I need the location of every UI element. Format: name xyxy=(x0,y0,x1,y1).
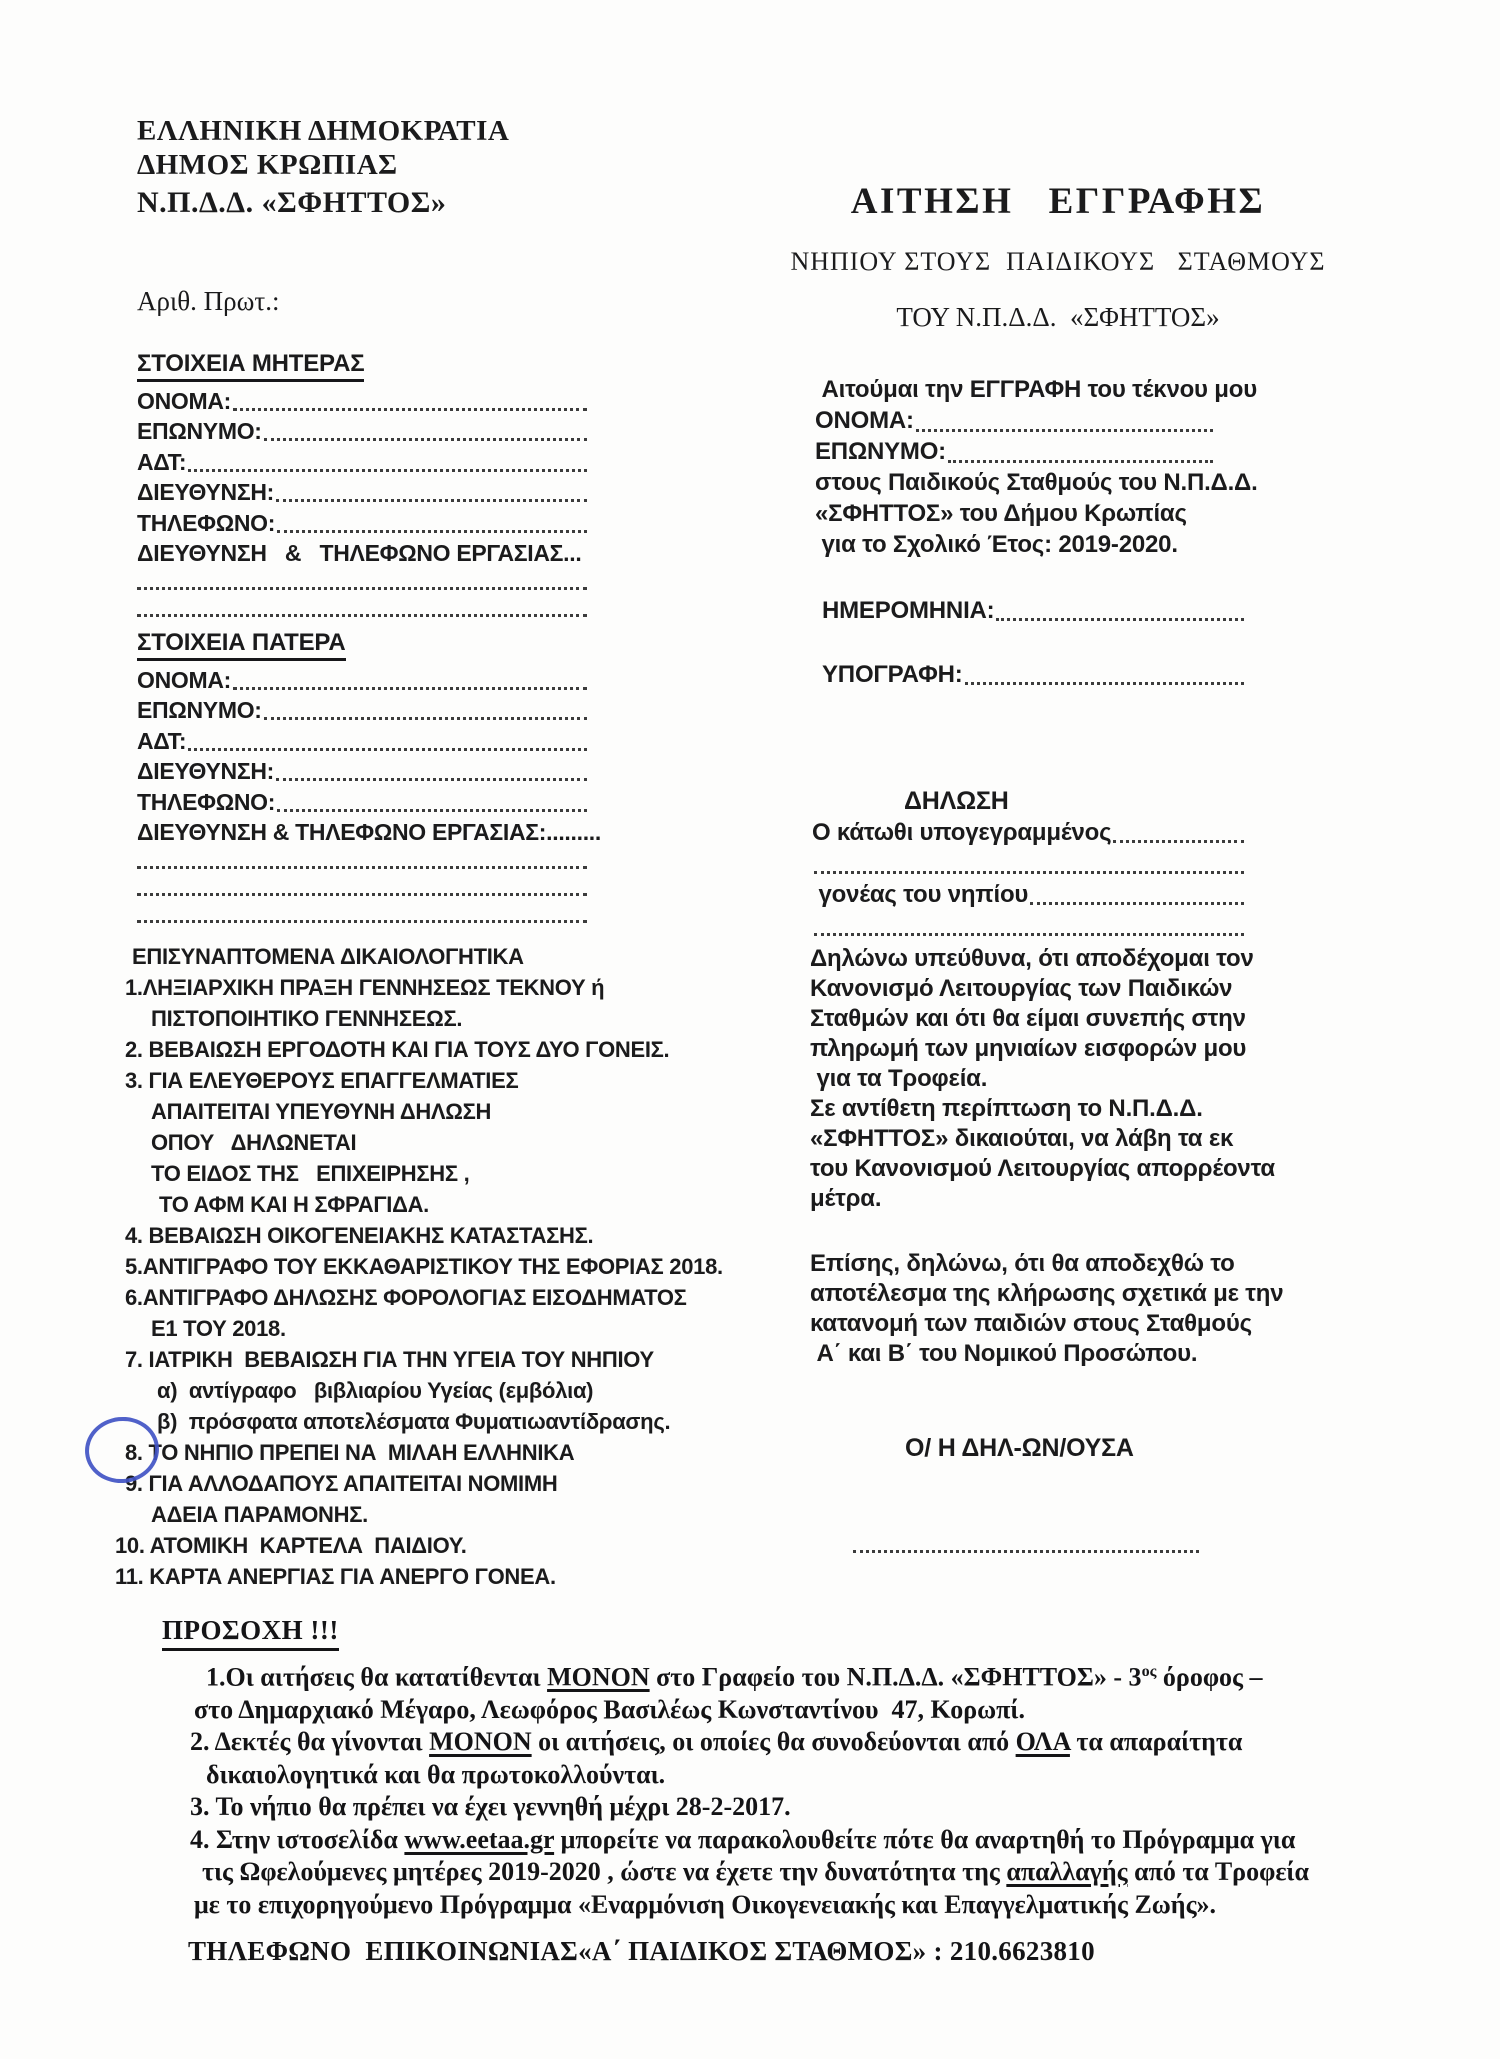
text-segment: στους Παιδικούς Σταθμούς του Ν.Π.Δ.Δ. xyxy=(815,469,1258,496)
text-line: ΑΠΑΙΤΕΙΤΑΙ ΥΠΕΥΘΥΝΗ ΔΗΛΩΣΗ xyxy=(112,1096,752,1127)
field-label: ΑΔΤ: xyxy=(137,449,186,476)
form-title: ΑΙΤΗΣΗ ΕΓΓΡΑΦΗΣ xyxy=(748,180,1368,223)
form-title-block: ΑΙΤΗΣΗ ΕΓΓΡΑΦΗΣ ΝΗΠΙΟΥ ΣΤΟΥΣ ΠΑΙΔΙΚΟΥΣ Σ… xyxy=(748,180,1368,333)
request-body: στους Παιδικούς Σταθμούς του Ν.Π.Δ.Δ.«ΣΦ… xyxy=(815,467,1297,560)
text-line: Ε1 ΤΟΥ 2018. xyxy=(112,1313,752,1344)
form-field-row: ΔΙΕΥΘΥΝΣΗ: xyxy=(137,476,589,507)
text-segment: ος xyxy=(1142,1663,1157,1680)
form-field-row xyxy=(812,909,1246,940)
field-label: ΟΝΟΜΑ: xyxy=(137,667,231,694)
text-segment: 1.Οι αιτήσεις θα κατατίθενται xyxy=(206,1662,547,1691)
mother-details-section: ΣΤΟΙΧΕΙΑ ΜΗΤΕΡΑΣ ΟΝΟΜΑ:ΕΠΩΝΥΜΟ:ΑΔΤ:ΔΙΕΥΘ… xyxy=(137,350,589,621)
text-line: 1.ΛΗΞΙΑΡΧΙΚΗ ΠΡΑΞΗ ΓΕΝΝΗΣΕΩΣ ΤΕΚΝΟΥ ή xyxy=(112,972,752,1003)
dotted-fill-line xyxy=(264,438,587,441)
dotted-fill-row xyxy=(137,900,589,927)
text-line: στους Παιδικούς Σταθμούς του Ν.Π.Δ.Δ. xyxy=(815,467,1297,498)
dotted-fill-line xyxy=(137,614,587,617)
text-line: 11. ΚΑΡΤΑ ΑΝΕΡΓΙΑΣ ΓΙΑ ΑΝΕΡΓΟ ΓΟΝΕΑ. xyxy=(112,1561,752,1592)
dotted-fill-line xyxy=(276,778,587,781)
text-line: ΟΠΟΥ ΔΗΛΩΝΕΤΑΙ xyxy=(112,1127,752,1158)
field-label: ΔΙΕΥΘΥΝΣΗ: xyxy=(137,479,274,506)
text-segment: από τα Τροφεία xyxy=(1128,1857,1309,1886)
field-label: ΤΗΛΕΦΩΝΟ: xyxy=(137,789,275,816)
attention-title: ΠΡΟΣΟΧΗ !!! xyxy=(162,1614,339,1651)
form-field-row: ΔΙΕΥΘΥΝΣΗ & ΤΗΛΕΦΩΝΟ ΕΡΓΑΣΙΑΣ... xyxy=(137,537,589,568)
request-intro: Αιτούμαι την ΕΓΓΡΑΦΗ του τέκνου μου xyxy=(815,374,1297,405)
text-segment: Αιτούμαι την xyxy=(815,376,970,403)
org-entity-line: Ν.Π.Δ.Δ. «ΣΦΗΤΤΟΣ» xyxy=(137,186,509,220)
form-field-row: Ο κάτωθι υπογεγραμμένος xyxy=(812,816,1246,847)
field-label: ΔΙΕΥΘΥΝΣΗ: xyxy=(137,758,274,785)
dotted-fill-line xyxy=(137,893,587,896)
field-label: ΕΠΩΝΥΜΟ: xyxy=(137,418,262,445)
text-line: με το επιχορηγούμενο Πρόγραμμα «Εναρμόνι… xyxy=(160,1889,1480,1922)
text-line: Κανονισμό Λειτουργίας των Παιδικών xyxy=(810,974,1302,1004)
field-label: ΟΝΟΜΑ: xyxy=(815,405,914,436)
text-line: 3. Το νήπιο θα πρέπει να έχει γεννηθή μέ… xyxy=(160,1791,1480,1824)
text-segment: οι αιτήσεις, οι οποίες θα συνοδεύονται α… xyxy=(532,1727,1016,1756)
form-field-row: ΤΗΛΕΦΩΝΟ: xyxy=(137,785,589,816)
dotted-fill-row xyxy=(137,567,589,594)
text-line: 10. ΑΤΟΜΙΚΗ ΚΑΡΤΕΛΑ ΠΑΙΔΙΟΥ. xyxy=(112,1530,752,1561)
dotted-fill-line xyxy=(965,682,1244,685)
text-line: Α΄ και Β΄ του Νομικού Προσώπου. xyxy=(810,1339,1302,1369)
text-line: για τα Τροφεία. xyxy=(810,1064,1302,1094)
text-line: β) πρόσφατα αποτελέσματα Φυματιωαντίδρασ… xyxy=(112,1406,752,1437)
form-subtitle-1: ΝΗΠΙΟΥ ΣΤΟΥΣ ΠΑΙΔΙΚΟΥΣ ΣΤΑΘΜΟΥΣ xyxy=(748,247,1368,277)
text-line: 2. Δεκτές θα γίνονται ΜΟΝΟΝ οι αιτήσεις,… xyxy=(160,1726,1480,1759)
dotted-fill-line xyxy=(233,687,587,690)
form-field-row: ΕΠΩΝΥΜΟ: xyxy=(815,436,1215,467)
dotted-fill-line xyxy=(137,866,587,869)
dotted-fill-line xyxy=(277,530,587,533)
declarant-signature-line xyxy=(853,1522,1199,1553)
mother-section-title: ΣΤΟΙΧΕΙΑ ΜΗΤΕΡΑΣ xyxy=(137,350,364,382)
text-segment: στο Γραφείο του Ν.Π.Δ.Δ. «ΣΦΗΤΤΟΣ» - 3 xyxy=(650,1662,1142,1691)
field-label: ΗΜΕΡΟΜΗΝΙΑ: xyxy=(822,597,994,625)
underlined-text: ΟΛΑ xyxy=(1016,1727,1070,1756)
text-line: 1.Οι αιτήσεις θα κατατίθενται ΜΟΝΟΝ στο … xyxy=(160,1656,1480,1694)
text-segment: 2. Δεκτές θα γίνονται xyxy=(190,1727,429,1756)
form-field-row: γονέας του νηπίου xyxy=(812,878,1246,909)
application-form-page: ΕΛΛΗΝΙΚΗ ΔΗΜΟΚΡΑΤΙΑ ΔΗΜΟΣ ΚΡΩΠΙΑΣ Ν.Π.Δ.… xyxy=(0,0,1500,2059)
field-label: ΑΔΤ: xyxy=(137,728,186,755)
text-line: 8. ΤΟ ΝΗΠΙΟ ΠΡΕΠΕΙ ΝΑ ΜΙΛΑΗ ΕΛΛΗΝΙΚΑ xyxy=(112,1437,752,1468)
form-field-row xyxy=(812,847,1246,878)
text-line: αποτέλεσμα της κλήρωσης σχετικά με την xyxy=(810,1279,1302,1309)
field-label: ΕΠΩΝΥΜΟ: xyxy=(137,697,262,724)
form-field-row: ΟΝΟΜΑ: xyxy=(137,663,589,694)
text-segment: τα απαραίτητα xyxy=(1070,1727,1243,1756)
form-field-row: ΕΠΩΝΥΜΟ: xyxy=(137,415,589,446)
text-line: Σε αντίθετη περίπτωση το Ν.Π.Δ.Δ. xyxy=(810,1094,1302,1124)
form-field-row: ΕΠΩΝΥΜΟ: xyxy=(137,694,589,725)
dotted-fill-line xyxy=(814,933,1244,936)
text-line: 9. ΓΙΑ ΑΛΛΟΔΑΠΟΥΣ ΑΠΑΙΤΕΙΤΑΙ ΝΟΜΙΜΗ xyxy=(112,1468,752,1499)
declaration-head: ΔΗΛΩΣΗ Ο κάτωθι υπογεγραμμένος γονέας το… xyxy=(812,786,1282,940)
declaration-title: ΔΗΛΩΣΗ xyxy=(904,786,1282,816)
issuing-authority-block: ΕΛΛΗΝΙΚΗ ΔΗΜΟΚΡΑΤΙΑ ΔΗΜΟΣ ΚΡΩΠΙΑΣ Ν.Π.Δ.… xyxy=(137,114,509,220)
bold-text: ΕΓΓΡΑΦΗ xyxy=(970,376,1081,403)
text-line: κατανομή των παιδιών στους Σταθμούς xyxy=(810,1309,1302,1339)
dotted-fill-line xyxy=(188,469,587,472)
text-segment: του τέκνου μου xyxy=(1081,376,1257,403)
text-line: στο Δημαρχιακό Μέγαρο, Λεωφόρος Βασιλέως… xyxy=(160,1694,1480,1727)
text-segment: για το Σχολικό Έτος: xyxy=(815,531,1058,558)
form-field-row: ΑΔΤ: xyxy=(137,724,589,755)
declarant-label: Ο/ Η ΔΗΛ-ΩΝ/ΟΥΣΑ xyxy=(905,1434,1134,1463)
dotted-fill-row xyxy=(137,873,589,900)
text-segment: δικαιολογητικά και θα πρωτοκολλούνται. xyxy=(206,1760,665,1789)
text-segment: όροφος – xyxy=(1156,1662,1262,1691)
dotted-fill-line xyxy=(814,871,1244,874)
text-line: μέτρα. xyxy=(810,1184,1302,1214)
text-segment: τις Ωφελούμενες μητέρες 2019-2020 , ώστε… xyxy=(202,1857,1006,1886)
declaration-paragraph-1: Δηλώνω υπεύθυνα, ότι αποδέχομαι τονΚανον… xyxy=(810,944,1302,1214)
text-segment: μπορείτε να παρακολουθείτε πότε θα αναρτ… xyxy=(554,1825,1295,1854)
text-line: ΤΟ ΕΙΔΟΣ ΤΗΣ ΕΠΙΧΕΙΡΗΣΗΣ , xyxy=(112,1158,752,1189)
underlined-text: ΜΟΝΟΝ xyxy=(429,1727,532,1756)
text-segment: «ΣΦΗΤΤΟΣ» του Δήμου Κρωπίας xyxy=(815,500,1187,527)
text-line: α) αντίγραφο βιβλιαρίου Υγείας (εμβόλια) xyxy=(112,1375,752,1406)
org-municipality-line: ΔΗΜΟΣ ΚΡΩΠΙΑΣ xyxy=(137,148,509,182)
text-line: ΤΟ ΑΦΜ ΚΑΙ Η ΣΦΡΑΓΙΔΑ. xyxy=(112,1189,752,1220)
declaration-paragraph-2: Επίσης, δηλώνω, ότι θα αποδεχθώ τοαποτέλ… xyxy=(810,1249,1302,1369)
text-line: 3. ΓΙΑ ΕΛΕΥΘΕΡΟΥΣ ΕΠΑΓΓΕΛΜΑΤΙΕΣ xyxy=(112,1065,752,1096)
text-line: για το Σχολικό Έτος: 2019-2020. xyxy=(815,529,1297,560)
form-field-row: ΥΠΟΓΡΑΦΗ: xyxy=(822,662,1246,689)
date-signature-block: ΗΜΕΡΟΜΗΝΙΑ:ΥΠΟΓΡΑΦΗ: xyxy=(822,598,1246,726)
text-line: ΑΔΕΙΑ ΠΑΡΑΜΟΝΗΣ. xyxy=(112,1499,752,1530)
dotted-fill-line xyxy=(137,920,587,923)
father-details-section: ΣΤΟΙΧΕΙΑ ΠΑΤΕΡΑ ΟΝΟΜΑ:ΕΠΩΝΥΜΟ:ΑΔΤ:ΔΙΕΥΘΥ… xyxy=(137,629,589,927)
text-line: «ΣΦΗΤΤΟΣ» του Δήμου Κρωπίας xyxy=(815,498,1297,529)
checklist-lines: 1.ΛΗΞΙΑΡΧΙΚΗ ΠΡΑΞΗ ΓΕΝΝΗΣΕΩΣ ΤΕΚΝΟΥ ήΠΙΣ… xyxy=(112,972,752,1592)
text-segment: στο Δημαρχιακό Μέγαρο, Λεωφόρος Βασιλέως… xyxy=(194,1695,1025,1724)
text-line: τις Ωφελούμενες μητέρες 2019-2020 , ώστε… xyxy=(160,1856,1480,1889)
dotted-fill-line xyxy=(996,618,1244,621)
form-field-row: ΔΙΕΥΘΥΝΣΗ & ΤΗΛΕΦΩΝΟ ΕΡΓΑΣΙΑΣ:......... xyxy=(137,816,589,847)
father-fields: ΟΝΟΜΑ:ΕΠΩΝΥΜΟ:ΑΔΤ:ΔΙΕΥΘΥΝΣΗ:ΤΗΛΕΦΩΝΟ:ΔΙΕ… xyxy=(137,663,589,927)
form-field-row: ΟΝΟΜΑ: xyxy=(815,405,1215,436)
form-field-row: ΔΙΕΥΘΥΝΣΗ: xyxy=(137,755,589,786)
underlined-text: ΜΟΝΟΝ xyxy=(547,1662,650,1691)
form-subtitle-2: ΤΟΥ Ν.Π.Δ.Δ. «ΣΦΗΤΤΟΣ» xyxy=(748,302,1368,333)
checklist-title: ΕΠΙΣΥΝΑΠΤΟΜΕΝΑ ΔΙΚΑΙΟΛΟΓΗΤΙΚΑ xyxy=(112,941,752,972)
bold-text: 2019-2020. xyxy=(1058,531,1177,558)
text-line: του Κανονισμού Λειτουργίας απορρέοντα xyxy=(810,1154,1302,1184)
request-child-fields: ΟΝΟΜΑ:ΕΠΩΝΥΜΟ: xyxy=(815,405,1297,467)
mother-fields: ΟΝΟΜΑ:ΕΠΩΝΥΜΟ:ΑΔΤ:ΔΙΕΥΘΥΝΣΗ:ΤΗΛΕΦΩΝΟ:ΔΙΕ… xyxy=(137,384,589,621)
text-segment: 4. Στην ιστοσελίδα xyxy=(190,1825,404,1854)
text-line: 7. ΙΑΤΡΙΚΗ ΒΕΒΑΙΩΣΗ ΓΙΑ ΤΗΝ ΥΓΕΙΑ ΤΟΥ ΝΗ… xyxy=(112,1344,752,1375)
text-line: 6.ΑΝΤΙΓΡΑΦΟ ΔΗΛΩΣΗΣ ΦΟΡΟΛΟΓΙΑΣ ΕΙΣΟΔΗΜΑΤ… xyxy=(112,1282,752,1313)
form-field-row: ΟΝΟΜΑ: xyxy=(137,384,589,415)
dotted-fill-line xyxy=(137,587,587,590)
text-line: Επίσης, δηλώνω, ότι θα αποδεχθώ το xyxy=(810,1249,1302,1279)
dotted-fill-line xyxy=(1113,840,1244,843)
attached-documents-checklist: ΕΠΙΣΥΝΑΠΤΟΜΕΝΑ ΔΙΚΑΙΟΛΟΓΗΤΙΚΑ 1.ΛΗΞΙΑΡΧΙ… xyxy=(112,941,752,1592)
declaration-signer-lines: Ο κάτωθι υπογεγραμμένος γονέας του νηπίο… xyxy=(812,816,1282,940)
dotted-fill-row xyxy=(137,846,589,873)
father-section-title: ΣΤΟΙΧΕΙΑ ΠΑΤΕΡΑ xyxy=(137,629,346,661)
dotted-fill-line xyxy=(948,460,1213,463)
text-segment: με το επιχορηγούμενο Πρόγραμμα «Εναρμόνι… xyxy=(194,1890,1216,1919)
dotted-fill-line xyxy=(188,748,587,751)
field-label: ΤΗΛΕΦΩΝΟ: xyxy=(137,510,275,537)
text-line: ΠΙΣΤΟΠΟΙΗΤΙΚΟ ΓΕΝΝΗΣΕΩΣ. xyxy=(112,1003,752,1034)
form-field-row: ΗΜΕΡΟΜΗΝΙΑ: xyxy=(822,598,1246,625)
text-line: Σταθμών και ότι θα είμαι συνεπής στην xyxy=(810,1004,1302,1034)
attention-lines: 1.Οι αιτήσεις θα κατατίθενται ΜΟΝΟΝ στο … xyxy=(160,1656,1480,1922)
text-line: «ΣΦΗΤΤΟΣ» δικαιούται, να λάβη τα εκ xyxy=(810,1124,1302,1154)
text-line: δικαιολογητικά και θα πρωτοκολλούνται. xyxy=(160,1759,1480,1792)
field-label: ΔΙΕΥΘΥΝΣΗ & ΤΗΛΕΦΩΝΟ ΕΡΓΑΣΙΑΣ:......... xyxy=(137,819,601,846)
field-label: γονέας του νηπίου xyxy=(812,881,1028,909)
form-field-row: ΑΔΤ: xyxy=(137,445,589,476)
field-label: Ο κάτωθι υπογεγραμμένος xyxy=(812,819,1111,847)
dotted-fill-line xyxy=(916,429,1213,432)
field-label: ΥΠΟΓΡΑΦΗ: xyxy=(822,661,963,689)
text-line: 2. ΒΕΒΑΙΩΣΗ ΕΡΓΟΔΟΤΗ ΚΑΙ ΓΙΑ ΤΟΥΣ ΔΥΟ ΓΟ… xyxy=(112,1034,752,1065)
dotted-fill-line xyxy=(264,717,587,720)
text-line: Αιτούμαι την ΕΓΓΡΑΦΗ του τέκνου μου xyxy=(815,374,1297,405)
dotted-fill-line xyxy=(233,408,587,411)
text-line: 4. Στην ιστοσελίδα www.eetaa.gr μπορείτε… xyxy=(160,1824,1480,1857)
attention-notice-section: ΠΡΟΣΟΧΗ !!! 1.Οι αιτήσεις θα κατατίθεντα… xyxy=(160,1614,1480,1921)
dotted-fill-line xyxy=(276,499,587,502)
text-line: 4. ΒΕΒΑΙΩΣΗ ΟΙΚΟΓΕΝΕΙΑΚΗΣ ΚΑΤΑΣΤΑΣΗΣ. xyxy=(112,1220,752,1251)
text-line: πληρωμή των μηνιαίων εισφορών μου xyxy=(810,1034,1302,1064)
dotted-fill-line xyxy=(1030,902,1244,905)
field-label: ΔΙΕΥΘΥΝΣΗ & ΤΗΛΕΦΩΝΟ ΕΡΓΑΣΙΑΣ... xyxy=(137,540,581,567)
underlined-text: απαλλαγής xyxy=(1006,1857,1127,1886)
form-field-row: ΤΗΛΕΦΩΝΟ: xyxy=(137,506,589,537)
protocol-number-label: Αριθ. Πρωτ.: xyxy=(137,286,280,317)
field-label: ΟΝΟΜΑ: xyxy=(137,388,231,415)
field-label: ΕΠΩΝΥΜΟ: xyxy=(815,436,946,467)
text-line: Δηλώνω υπεύθυνα, ότι αποδέχομαι τον xyxy=(810,944,1302,974)
dotted-fill-row xyxy=(137,594,589,621)
dotted-fill-line xyxy=(277,809,587,812)
underlined-text: www.eetaa.gr xyxy=(404,1825,554,1854)
contact-phone-line: ΤΗΛΕΦΩΝΟ ΕΠΙΚΟΙΝΩΝΙΑΣ«Α΄ ΠΑΙΔΙΚΟΣ ΣΤΑΘΜΟ… xyxy=(188,1936,1095,1967)
enrollment-request-block: Αιτούμαι την ΕΓΓΡΑΦΗ του τέκνου μου ΟΝΟΜ… xyxy=(815,374,1297,560)
text-line: 5.ΑΝΤΙΓΡΑΦΟ ΤΟΥ ΕΚΚΑΘΑΡΙΣΤΙΚΟΥ ΤΗΣ ΕΦΟΡΙ… xyxy=(112,1251,752,1282)
org-country-line: ΕΛΛΗΝΙΚΗ ΔΗΜΟΚΡΑΤΙΑ xyxy=(137,114,509,148)
text-segment: 3. Το νήπιο θα πρέπει να έχει γεννηθή μέ… xyxy=(190,1792,791,1821)
